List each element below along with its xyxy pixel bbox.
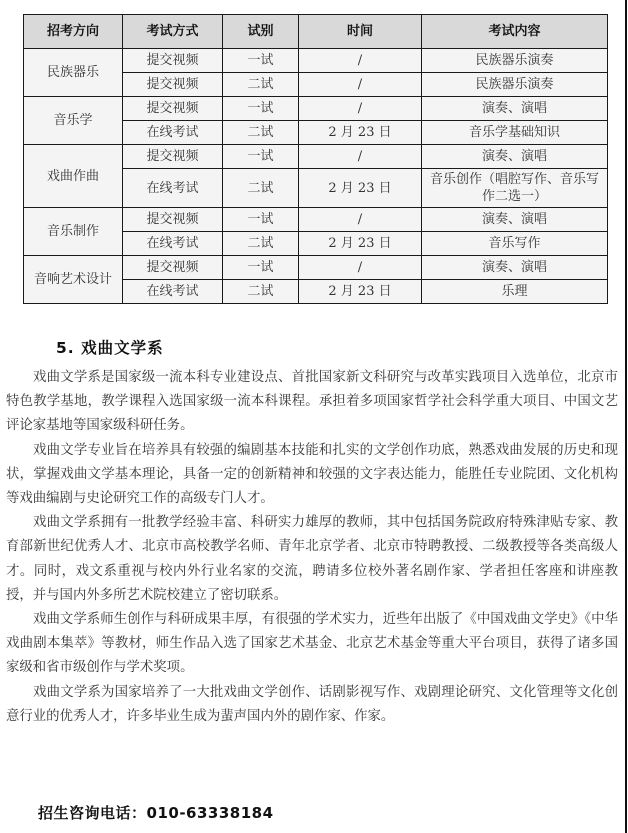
paragraph-intro: 戏曲文学系是国家级一流本科专业建设点、首批国家新文科研究与改革实践项目入选单位，… [6,366,618,439]
table-row: 音响艺术设计 提交视频 一试 / 演奏、演唱 [24,256,608,280]
round-cell: 二试 [223,121,299,145]
table-row: 民族器乐 提交视频 一试 / 民族器乐演奏 [24,49,608,73]
direction-cell: 民族器乐 [24,49,123,97]
table-row: 音乐学 提交视频 一试 / 演奏、演唱 [24,97,608,121]
method-cell: 提交视频 [123,73,223,97]
content-cell: 乐理 [422,280,608,304]
method-cell: 提交视频 [123,97,223,121]
direction-cell: 音响艺术设计 [24,256,123,304]
content-cell: 音乐学基础知识 [422,121,608,145]
contact-label: 招生咨询电话： [38,804,147,822]
time-cell: 2 月 23 日 [299,121,422,145]
time-cell: / [299,73,422,97]
content-cell: 演奏、演唱 [422,97,608,121]
contact-phone: 010-63338184 [147,804,274,822]
content-cell: 民族器乐演奏 [422,73,608,97]
content-cell: 演奏、演唱 [422,145,608,169]
round-cell: 二试 [223,232,299,256]
direction-cell: 音乐学 [24,97,123,145]
method-cell: 在线考试 [123,280,223,304]
time-cell: / [299,97,422,121]
direction-cell: 戏曲作曲 [24,145,123,208]
paragraph-major-goals: 戏曲文学专业旨在培养具有较强的编剧基本技能和扎实的文学创作功底，熟悉戏曲发展的历… [6,439,618,512]
round-cell: 一试 [223,49,299,73]
method-cell: 提交视频 [123,256,223,280]
content-cell: 音乐写作 [422,232,608,256]
round-cell: 一试 [223,97,299,121]
section-heading: 5. 戏曲文学系 [56,336,164,358]
header-round: 试别 [223,15,299,49]
time-cell: / [299,145,422,169]
page-edge-divider [625,0,627,833]
header-method: 考试方式 [123,15,223,49]
round-cell: 二试 [223,280,299,304]
round-cell: 二试 [223,169,299,208]
method-cell: 提交视频 [123,145,223,169]
header-time: 时间 [299,15,422,49]
method-cell: 提交视频 [123,208,223,232]
content-cell: 演奏、演唱 [422,256,608,280]
round-cell: 一试 [223,256,299,280]
section-body: 戏曲文学系是国家级一流本科专业建设点、首批国家新文科研究与改革实践项目入选单位，… [6,366,618,729]
header-direction: 招考方向 [24,15,123,49]
header-content: 考试内容 [422,15,608,49]
time-cell: / [299,49,422,73]
content-cell: 演奏、演唱 [422,208,608,232]
paragraph-graduates: 戏曲文学系为国家培养了一大批戏曲文学创作、话剧影视写作、戏剧理论研究、文化管理等… [6,681,618,729]
content-cell: 音乐创作（唱腔写作、音乐写作二选一） [422,169,608,208]
table-row: 音乐制作 提交视频 一试 / 演奏、演唱 [24,208,608,232]
paragraph-faculty: 戏曲文学系拥有一批教学经验丰富、科研实力雄厚的教师，其中包括国务院政府特殊津贴专… [6,511,618,608]
direction-cell: 音乐制作 [24,208,123,256]
time-cell: / [299,208,422,232]
exam-schedule-table: 招考方向 考试方式 试别 时间 考试内容 民族器乐 提交视频 一试 / 民族器乐… [23,14,608,304]
table-row: 戏曲作曲 提交视频 一试 / 演奏、演唱 [24,145,608,169]
method-cell: 在线考试 [123,121,223,145]
admissions-contact: 招生咨询电话：010-63338184 [38,802,274,823]
method-cell: 在线考试 [123,169,223,208]
method-cell: 提交视频 [123,49,223,73]
table-header-row: 招考方向 考试方式 试别 时间 考试内容 [24,15,608,49]
round-cell: 二试 [223,73,299,97]
paragraph-achievements: 戏曲文学系师生创作与科研成果丰厚，有很强的学术实力，近些年出版了《中国戏曲文学史… [6,608,618,681]
method-cell: 在线考试 [123,232,223,256]
content-cell: 民族器乐演奏 [422,49,608,73]
time-cell: 2 月 23 日 [299,232,422,256]
round-cell: 一试 [223,145,299,169]
time-cell: 2 月 23 日 [299,169,422,208]
time-cell: 2 月 23 日 [299,280,422,304]
round-cell: 一试 [223,208,299,232]
time-cell: / [299,256,422,280]
